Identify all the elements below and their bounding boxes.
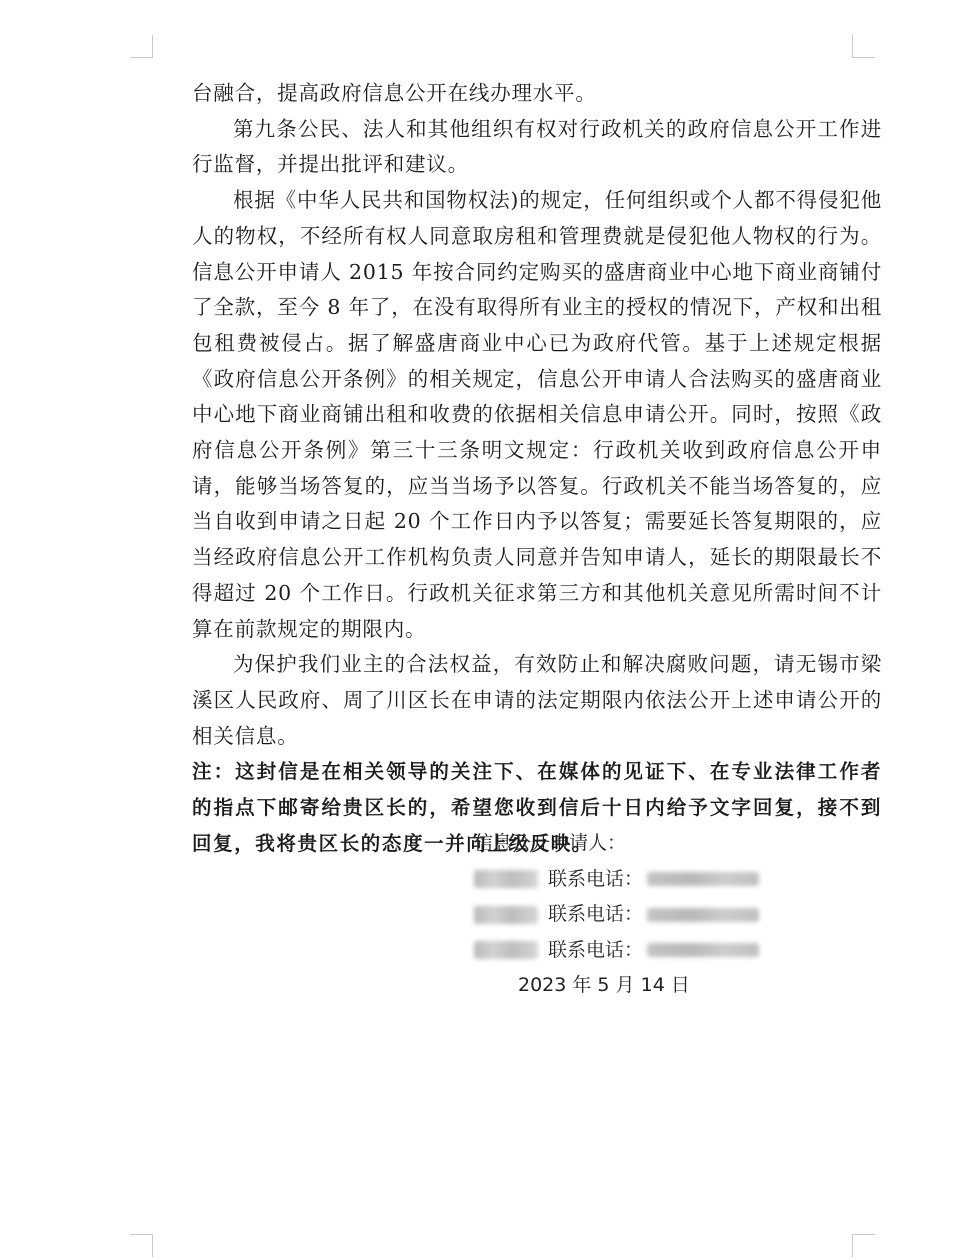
page-corner-mark-top-left [130,35,153,58]
contact-phone-label: 联系电话： [548,862,643,898]
signature-date: 2023 年 5 月 14 日 [474,968,759,1004]
contact-phone-label: 联系电话： [548,897,643,933]
redacted-phone [647,908,759,922]
page-corner-mark-bottom-right [852,1234,875,1257]
redacted-phone [647,872,759,886]
paragraph-request: 为保护我们业主的合法权益，有效防止和解决腐败问题，请无锡市梁溪区人民政府、周了川… [192,647,882,754]
paragraph-legal-basis: 根据《中华人民共和国物权法)的规定，任何组织或个人都不得侵犯他人的物权，不经所有… [192,183,882,647]
redacted-name [474,941,538,959]
redacted-name [474,870,538,888]
contact-row: 联系电话： [474,897,759,933]
paragraph-article-9: 第九条公民、法人和其他组织有权对行政机关的政府信息公开工作进行监督，并提出批评和… [192,112,882,183]
contact-row: 联系电话： [474,933,759,969]
redacted-phone [647,943,759,957]
page-corner-mark-top-right [852,35,875,58]
letter-body: 台融合，提高政府信息公开在线办理水平。 第九条公民、法人和其他组织有权对行政机关… [192,76,882,861]
page-corner-mark-bottom-left [130,1234,153,1257]
redacted-name [474,906,538,924]
contact-row: 联系电话： [474,862,759,898]
signature-heading: 信息公开申请人： [474,826,759,862]
signature-block: 信息公开申请人： 联系电话： 联系电话： 联系电话： 2023 年 5 月 14… [474,826,759,1004]
paragraph-continuation: 台融合，提高政府信息公开在线办理水平。 [192,76,882,112]
contact-phone-label: 联系电话： [548,933,643,969]
